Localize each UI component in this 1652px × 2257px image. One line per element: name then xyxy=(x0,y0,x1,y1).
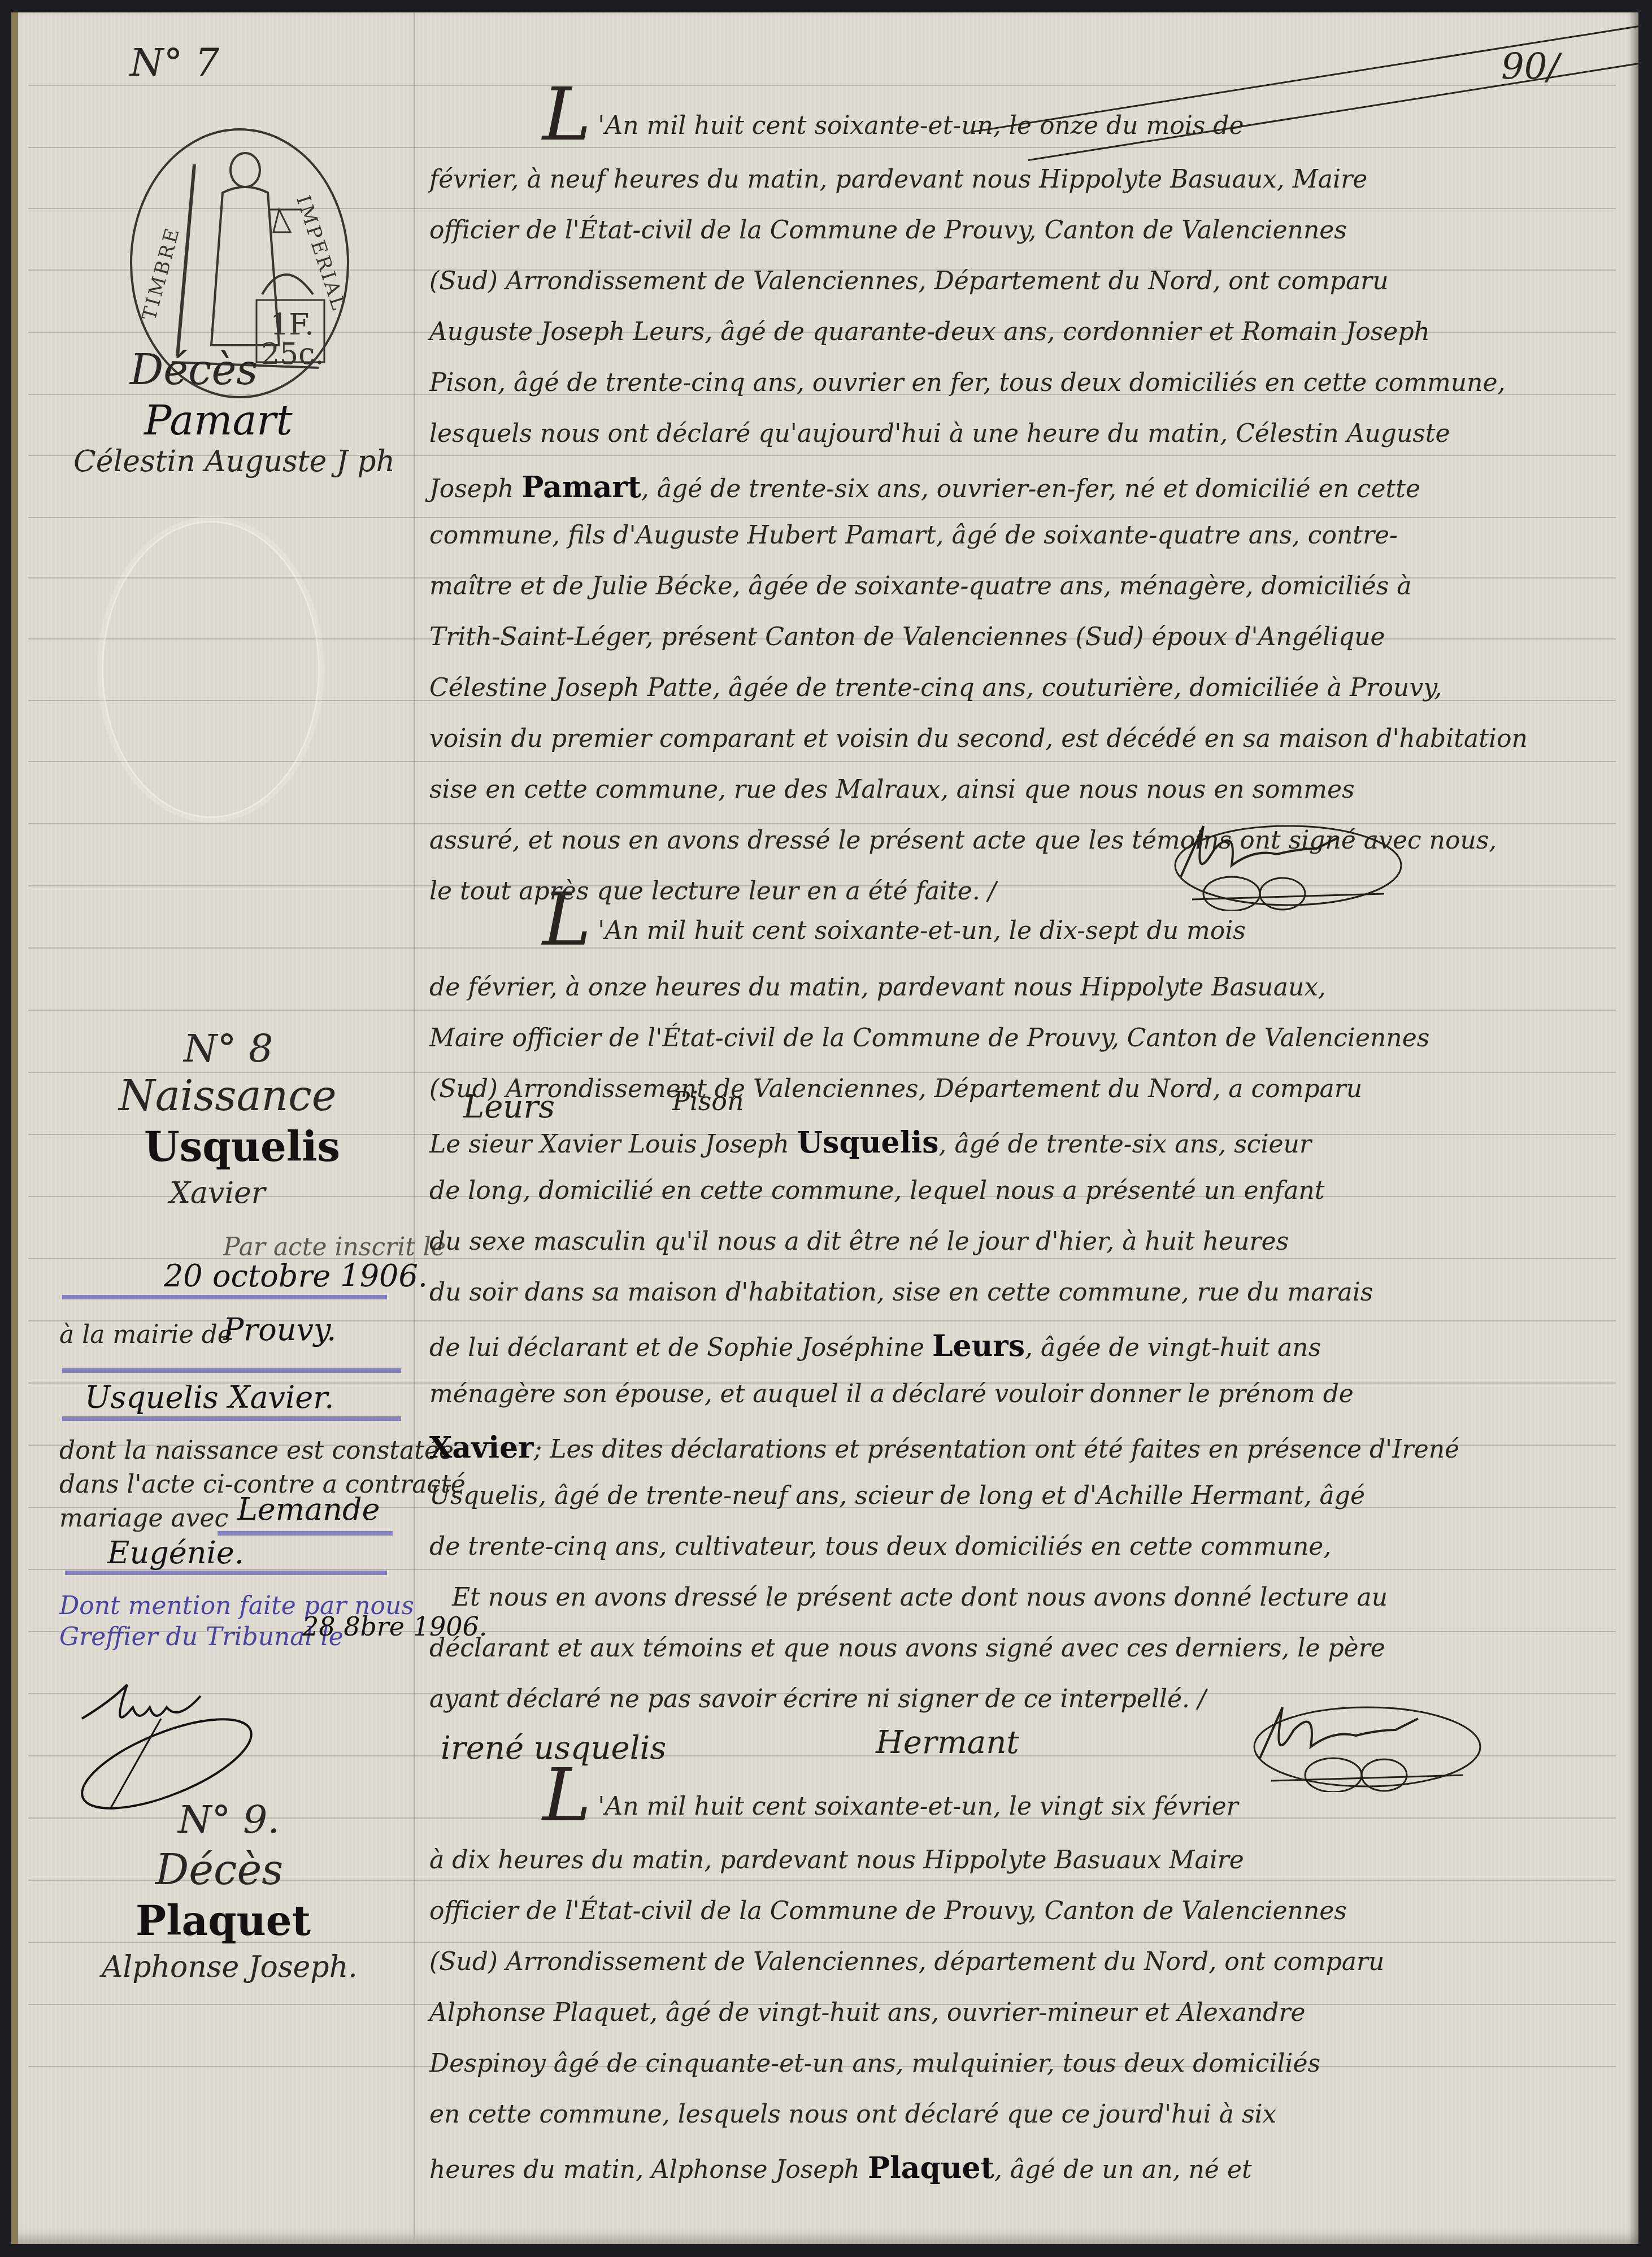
act-line: du soir dans sa maison d'habitation, sis… xyxy=(429,1278,1373,1307)
annotation-spouse-surname: Lemande xyxy=(237,1491,380,1527)
annotation-line: dont la naissance est constatée xyxy=(59,1436,454,1465)
annotation-rule xyxy=(62,1368,401,1373)
drop-cap: L xyxy=(542,1752,591,1838)
register-page: 90/ N° 7 TIMBRE IMPERIAL 1F. 25c. Décès … xyxy=(11,12,1638,2244)
act-line: heures du matin, Alphonse Joseph Plaquet… xyxy=(429,2151,1252,2185)
act-line: de lui déclarant et de Sophie Joséphine … xyxy=(429,1329,1321,1363)
act-line: à dix heures du matin, pardevant nous Hi… xyxy=(429,1846,1244,1875)
deceased-name: Plaquet xyxy=(868,2151,994,2185)
drop-cap: L xyxy=(542,71,591,157)
entry-number: N° 8 xyxy=(184,1027,273,1071)
act-line: commune, fils d'Auguste Hubert Pamart, â… xyxy=(429,521,1398,550)
act-line: de février, à onze heures du matin, pard… xyxy=(429,973,1326,1002)
act-line: L'An mil huit cent soixante-et-un, le on… xyxy=(542,111,1244,140)
act-line: L'An mil huit cent soixante-et-un, le di… xyxy=(542,916,1246,945)
mother-surname: Leurs xyxy=(932,1329,1025,1363)
margin-column: N° 7 TIMBRE IMPERIAL 1F. 25c. Décès Pama… xyxy=(28,12,412,2244)
act-line: ménagère son épouse, et auquel il a décl… xyxy=(429,1380,1354,1408)
entry-surname: Pamart xyxy=(144,397,293,444)
act-line: du sexe masculin qu'il nous a dit être n… xyxy=(429,1227,1289,1256)
clerk-signature-icon xyxy=(76,1668,280,1815)
stamp-value-centimes: 25c. xyxy=(261,340,323,369)
act-line: Xavier; Les dites déclarations et présen… xyxy=(429,1430,1459,1465)
act-line: de long, domicilié en cette commune, leq… xyxy=(429,1176,1324,1205)
entry-given-names: Célestin Auguste J ph xyxy=(73,445,395,479)
mayor-signature-icon xyxy=(1170,815,1407,911)
entry-type: Décès xyxy=(155,1846,283,1894)
act-line: Despinoy âgé de cinquante-et-un ans, mul… xyxy=(429,2049,1320,2078)
witness-signature: Hermant xyxy=(876,1724,1019,1761)
act-line: (Sud) Arrondissement de Valenciennes, Dé… xyxy=(429,1075,1362,1103)
annotation-place: Prouvy. xyxy=(223,1312,336,1347)
act-line: Le sieur Xavier Louis Joseph Usquelis, â… xyxy=(429,1125,1311,1160)
act-line: officier de l'État-civil de la Commune d… xyxy=(429,1897,1347,1925)
annotation-spouse-first: Eugénie. xyxy=(107,1535,244,1571)
margin-rule xyxy=(414,12,415,2244)
father-surname: Usquelis xyxy=(797,1125,939,1160)
child-name: Xavier xyxy=(429,1430,534,1465)
entry-given-names: Alphonse Joseph. xyxy=(102,1950,358,1984)
annotation-rule xyxy=(62,1295,387,1299)
act-line: Usquelis, âgé de trente-neuf ans, scieur… xyxy=(429,1481,1365,1510)
act-line: sise en cette commune, rue des Malraux, … xyxy=(429,775,1355,804)
act-line: Et nous en avons dressé le présent acte … xyxy=(452,1583,1388,1612)
act-line: en cette commune, lesquels nous ont décl… xyxy=(429,2100,1276,2129)
drop-cap: L xyxy=(542,876,591,962)
act-line: Joseph Pamart, âgé de trente-six ans, ou… xyxy=(429,470,1420,505)
annotation-rule xyxy=(62,1416,401,1421)
act-line: voisin du premier comparant et voisin du… xyxy=(429,724,1528,753)
annotation-date: 20 octobre 1906. xyxy=(164,1258,428,1294)
annotation-line: à la mairie de xyxy=(59,1320,232,1349)
embossed-seal xyxy=(102,521,320,818)
act-line: février, à neuf heures du matin, pardeva… xyxy=(429,165,1367,194)
act-line: (Sud) Arrondissement de Valenciennes, dé… xyxy=(429,1947,1384,1976)
act-line: Pison, âgé de trente-cinq ans, ouvrier e… xyxy=(429,368,1505,397)
entry-number: N° 7 xyxy=(130,41,219,85)
annotation-names: Usquelis Xavier. xyxy=(85,1380,334,1415)
entry-surname: Plaquet xyxy=(136,1897,311,1945)
annotation-line: Par acte inscrit le xyxy=(223,1233,446,1262)
act-line: lesquels nous ont déclaré qu'aujourd'hui… xyxy=(429,419,1450,448)
entry-surname: Usquelis xyxy=(144,1123,340,1171)
act-line: Alphonse Plaquet, âgé de vingt-huit ans,… xyxy=(429,1998,1306,2027)
deceased-name: Pamart xyxy=(521,470,641,505)
entry-type: Décès xyxy=(130,346,258,394)
mayor-signature-icon xyxy=(1249,1696,1486,1792)
entry-type: Naissance xyxy=(119,1072,337,1120)
act-line: le tout après que lecture leur en a été … xyxy=(429,877,997,906)
entry-given-names: Xavier xyxy=(169,1176,266,1210)
act-line: L'An mil huit cent soixante-et-un, le vi… xyxy=(542,1792,1238,1821)
act-line: Auguste Joseph Leurs, âgé de quarante-de… xyxy=(429,318,1430,346)
act-line: (Sud) Arrondissement de Valenciennes, Dé… xyxy=(429,267,1388,295)
annotation-line: Greffier du Tribunal le xyxy=(59,1623,344,1651)
stamp-value-francs: 1F. xyxy=(261,310,323,340)
act-line: Trith-Saint-Léger, présent Canton de Val… xyxy=(429,623,1385,651)
act-line: ayant déclaré ne pas savoir écrire ni si… xyxy=(429,1685,1206,1714)
act-line: officier de l'État-civil de la Commune d… xyxy=(429,216,1347,245)
folio-number: 90/ xyxy=(1501,46,1559,88)
act-line: de trente-cinq ans, cultivateur, tous de… xyxy=(429,1532,1331,1561)
act-line: maître et de Julie Bécke, âgée de soixan… xyxy=(429,572,1412,601)
act-line: Célestine Joseph Patte, âgée de trente-c… xyxy=(429,673,1442,702)
annotation-rule xyxy=(65,1571,387,1575)
act-line: déclarant et aux témoins et que nous avo… xyxy=(429,1634,1385,1663)
annotation-line: mariage avec xyxy=(59,1504,228,1533)
act-line: Maire officier de l'État-civil de la Com… xyxy=(429,1024,1429,1053)
